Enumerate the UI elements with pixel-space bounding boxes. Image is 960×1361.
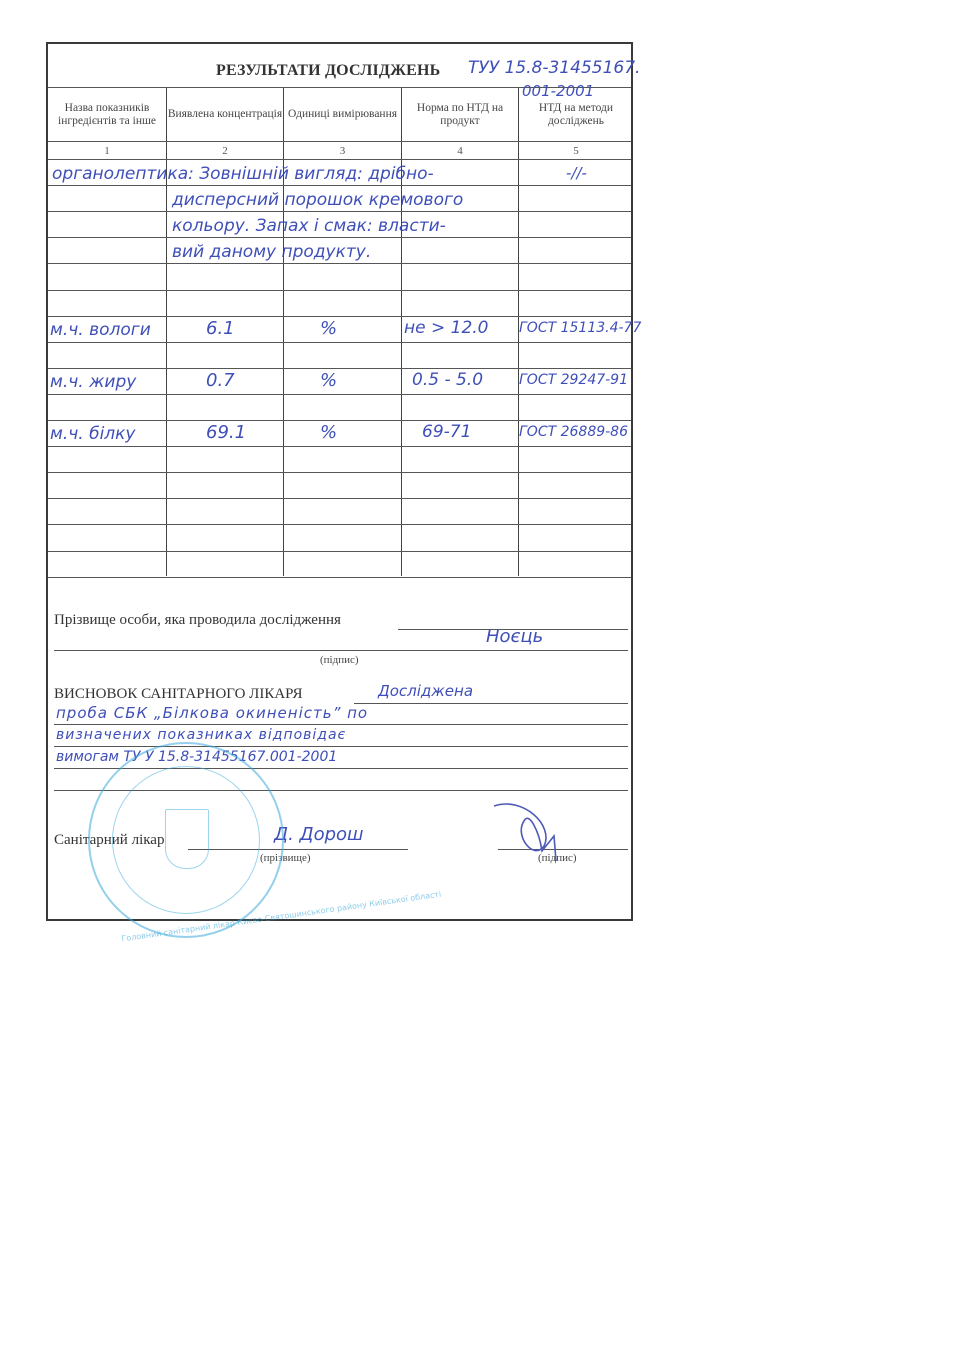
table-row-divider (48, 263, 631, 264)
doctor-name-line (188, 849, 408, 850)
table-row-divider (48, 577, 631, 578)
organoleptic-method-ditto: -//- (566, 164, 587, 182)
researcher-signature: Ноєць (486, 626, 543, 647)
conclusion-label: ВИСНОВОК САНІТАРНОГО ЛІКАРЯ (54, 686, 303, 703)
table-column-divider (518, 88, 519, 576)
table-row-divider (48, 420, 631, 421)
organoleptic-line-2: дисперсний порошок кремового (172, 190, 463, 210)
row-fat-norm: 0.5 - 5.0 (412, 370, 483, 390)
table-row-divider (48, 316, 631, 317)
row-protein-value: 69.1 (206, 422, 246, 443)
conclusion-text-1: Досліджена (378, 682, 473, 700)
conclusion-text-3: визначених показниках відповідає (56, 727, 346, 743)
table-row-divider (48, 472, 631, 473)
researcher-signature-caption: (підпис) (320, 654, 359, 666)
researcher-label: Прізвище особи, яка проводила дослідженн… (54, 612, 341, 629)
organoleptic-line-3: кольору. Запах і смак: власти- (172, 216, 446, 236)
table-column-divider (166, 88, 167, 576)
table-row-divider (48, 211, 631, 212)
col-number-2: 2 (167, 142, 283, 159)
conclusion-line-4 (54, 768, 628, 769)
table-row-divider (48, 290, 631, 291)
conclusion-line-2 (54, 724, 628, 725)
organoleptic-line-4: вий даному продукту. (172, 242, 371, 262)
table-row-divider (48, 551, 631, 552)
table-row-divider (48, 394, 631, 395)
col-header-method: НТД на методи досліджень (519, 88, 633, 141)
table-row-divider (48, 524, 631, 525)
col-header-norm: Норма по НТД на продукт (402, 88, 518, 141)
row-moisture-name: м.ч. вологи (50, 320, 151, 340)
table-column-divider (283, 88, 284, 576)
row-moisture-value: 6.1 (206, 318, 235, 339)
col-header-units: Одиниці вимірювання (284, 88, 401, 141)
col-number-5: 5 (519, 142, 633, 159)
row-moisture-norm: не > 12.0 (404, 318, 488, 338)
doctor-name: Д. Дорош (274, 824, 364, 845)
researcher-signature-line (54, 650, 628, 651)
row-moisture-method: ГОСТ 15113.4-77 (519, 320, 641, 336)
row-fat-method: ГОСТ 29247-91 (519, 372, 628, 388)
table-row-divider (48, 368, 631, 369)
form-title: РЕЗУЛЬТАТИ ДОСЛІДЖЕНЬ (216, 62, 440, 80)
col-header-concentration: Виявлена концентрація (167, 88, 283, 141)
col-number-3: 3 (284, 142, 401, 159)
row-protein-unit: % (320, 422, 337, 443)
table-row-divider (48, 498, 631, 499)
col-number-1: 1 (48, 142, 166, 159)
table-row-divider (48, 342, 631, 343)
results-form: РЕЗУЛЬТАТИ ДОСЛІДЖЕНЬ ТУУ 15.8-31455167.… (46, 42, 633, 921)
handwritten-standard-line1: ТУУ 15.8-31455167. (468, 58, 640, 78)
table-row-divider (48, 141, 631, 142)
table-row-divider (48, 446, 631, 447)
conclusion-line-3 (54, 746, 628, 747)
row-fat-name: м.ч. жиру (50, 372, 136, 392)
conclusion-text-2: проба СБК „Білкова окиненість” по (56, 704, 368, 722)
organoleptic-line-1: органолептика: Зовнішній вигляд: дрібно- (52, 164, 434, 184)
row-protein-norm: 69-71 (422, 422, 471, 442)
conclusion-line-5 (54, 790, 628, 791)
row-moisture-unit: % (320, 318, 337, 339)
table-row-divider (48, 159, 631, 160)
conclusion-text-4: вимогам ТУ У 15.8-31455167.001-2001 (56, 749, 337, 765)
doctor-label: Санітарний лікар (54, 832, 164, 849)
title-row: РЕЗУЛЬТАТИ ДОСЛІДЖЕНЬ ТУУ 15.8-31455167.… (48, 44, 631, 88)
col-header-name: Назва показників інгредієнтів та інше (48, 88, 166, 141)
table-column-divider (401, 88, 402, 576)
doctor-signature-scribble (484, 796, 574, 866)
row-fat-unit: % (320, 370, 337, 391)
col-number-4: 4 (402, 142, 518, 159)
row-protein-name: м.ч. білку (50, 424, 135, 444)
table-row-divider (48, 185, 631, 186)
surname-caption: (прізвище) (260, 852, 311, 864)
table-row-divider (48, 237, 631, 238)
conclusion-line-1 (354, 703, 628, 704)
row-fat-value: 0.7 (206, 370, 235, 391)
row-protein-method: ГОСТ 26889-86 (519, 424, 628, 440)
